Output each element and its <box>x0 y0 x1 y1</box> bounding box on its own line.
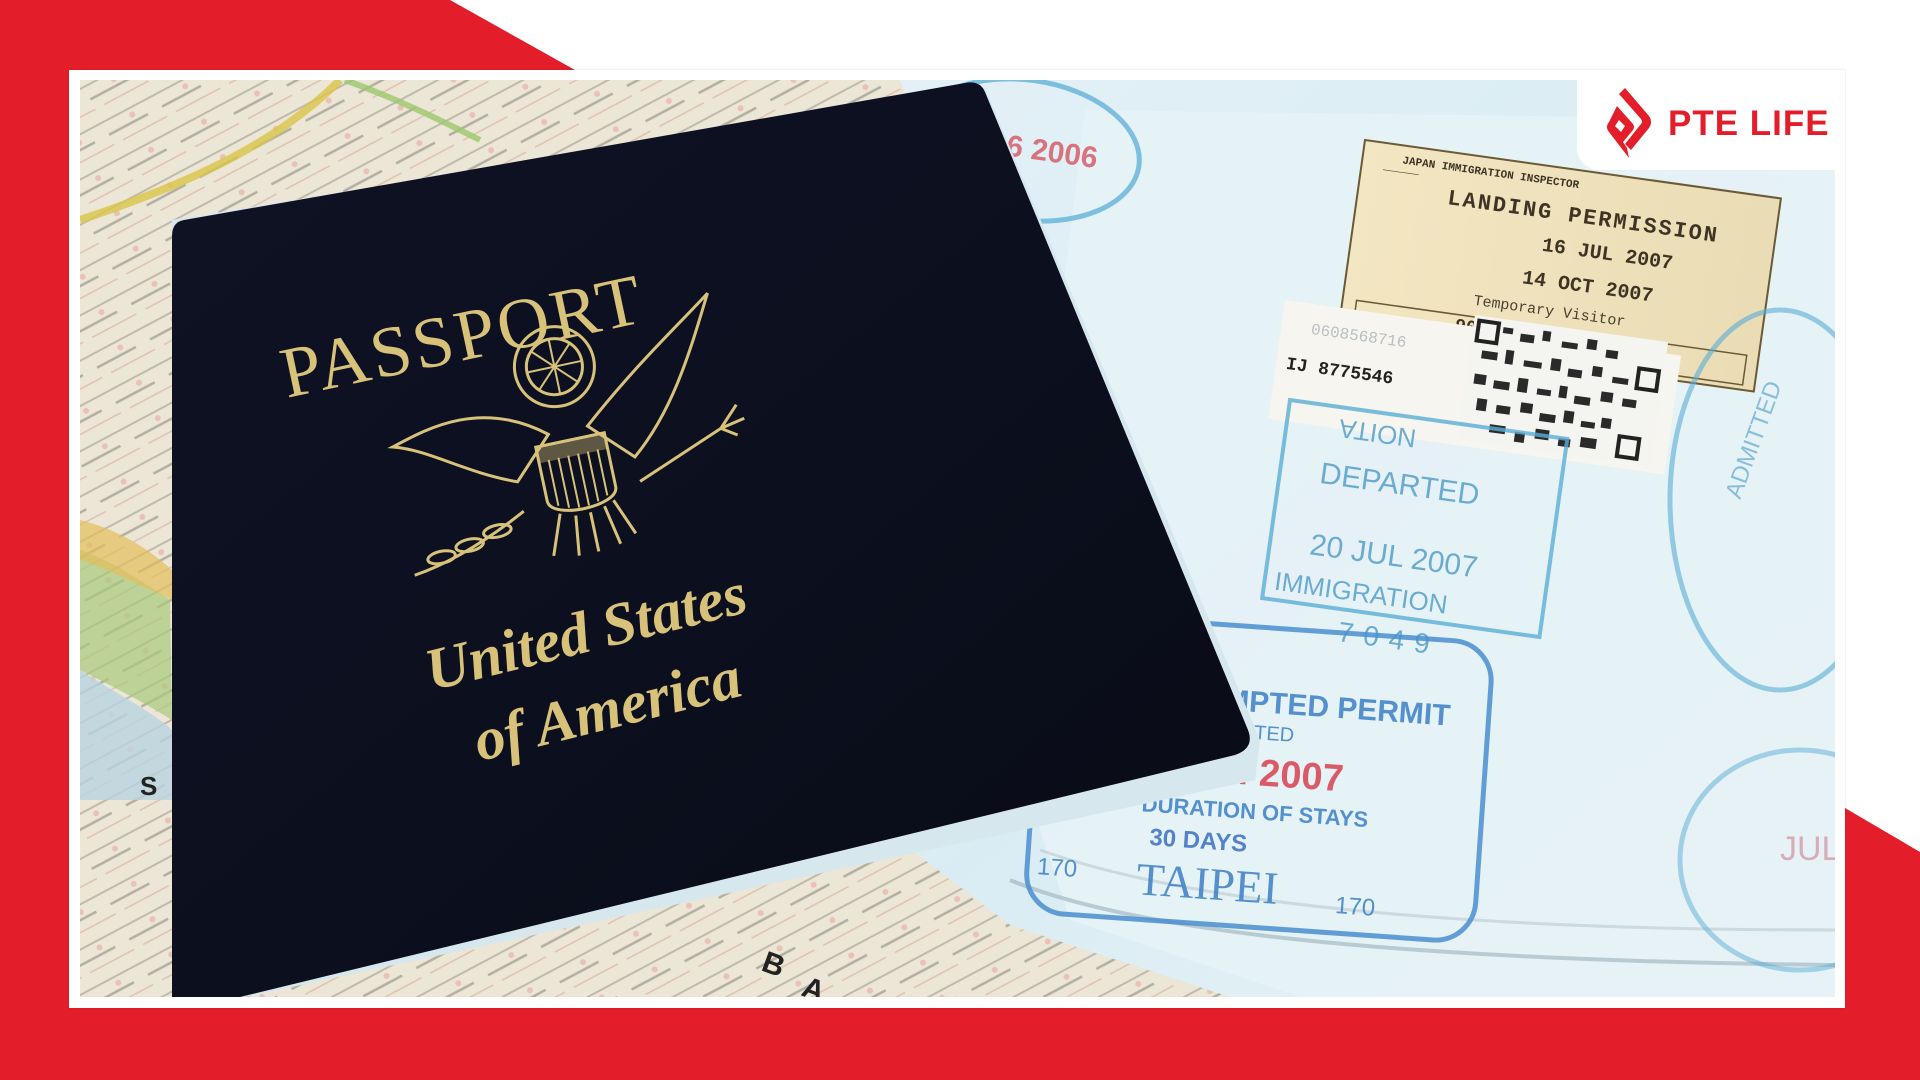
map-label-s: S <box>140 771 157 801</box>
svg-text:170: 170 <box>1334 892 1376 922</box>
brand-name: PTE LIFE <box>1668 102 1830 146</box>
brand-logo-card: PTE LIFE <box>1577 80 1835 170</box>
svg-text:TAIPEI: TAIPEI <box>1135 853 1280 914</box>
pte-life-diamond-logo-icon <box>1605 86 1655 160</box>
svg-text:JUL 2: JUL 2 <box>1780 830 1835 868</box>
passport-photo: S B A JUL 16 2006 TPE JAPAN IMMIGRATION … <box>80 80 1835 997</box>
svg-text:170: 170 <box>1036 853 1078 883</box>
